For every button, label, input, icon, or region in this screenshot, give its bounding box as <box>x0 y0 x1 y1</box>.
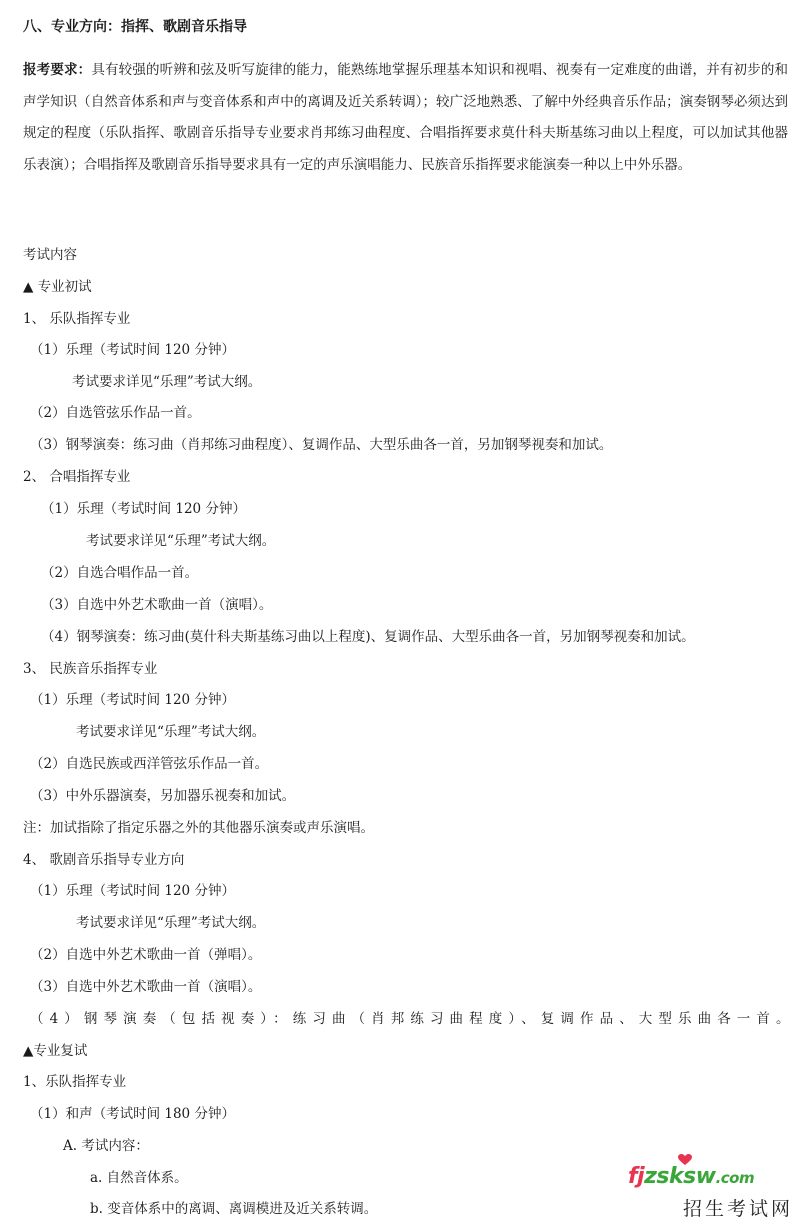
list-item: （3）中外乐器演奏，另加器乐视奏和加试。 <box>30 787 295 805</box>
sub-item: b. 变音体系中的离调、离调模进及近关系转调。 <box>90 1200 377 1218</box>
list-item: （1）和声（考试时间 180 分钟） <box>30 1105 235 1123</box>
list-item: （2）自选管弦乐作品一首。 <box>30 404 201 422</box>
list-item: （2）自选合唱作品一首。 <box>41 564 198 582</box>
list-item: 考试要求详见“乐理”考试大纲。 <box>72 373 261 391</box>
list-item: （3）自选中外艺术歌曲一首（演唱）。 <box>41 596 272 614</box>
list-item: （1）乐理（考试时间 120 分钟） <box>30 341 235 359</box>
list-item: （3）自选中外艺术歌曲一首（演唱）。 <box>30 978 261 996</box>
watermark-logo: fjzsksw.com 招生考试网 <box>628 1158 798 1224</box>
list-item: （4）钢琴演奏（包括视奏）：练习曲（肖邦练习曲程度）、复调作品、大型乐曲各一首。 <box>30 1010 796 1028</box>
list-item: （1）乐理（考试时间 120 分钟） <box>30 882 235 900</box>
list-item: （2）自选民族或西洋管弦乐作品一首。 <box>30 755 268 773</box>
watermark-subtitle: 招生考试网 <box>683 1194 793 1221</box>
section-title: 1、乐队指挥专业 <box>23 1073 126 1091</box>
list-item: （2）自选中外艺术歌曲一首（弹唱）。 <box>30 946 261 964</box>
section-title: 4、 歌剧音乐指导专业方向 <box>23 851 184 869</box>
note-text: 注：加试指除了指定乐器之外的其他器乐演奏或声乐演唱。 <box>23 819 374 837</box>
sub-heading: A. 考试内容： <box>63 1137 149 1155</box>
list-item: 考试要求详见“乐理”考试大纲。 <box>86 532 275 550</box>
requirement-paragraph: 报考要求：具有较强的听辨和弦及听写旋律的能力，能熟练地掌握乐理基本知识和视唱、视… <box>23 55 788 181</box>
list-item: （1）乐理（考试时间 120 分钟） <box>41 500 246 518</box>
retest-heading: ▲专业复试 <box>23 1042 87 1060</box>
preliminary-heading: ▲ 专业初试 <box>23 278 92 296</box>
requirement-label: 报考要求： <box>23 62 91 78</box>
section-title: 2、 合唱指挥专业 <box>23 468 130 486</box>
section-title: 1、 乐队指挥专业 <box>23 310 130 328</box>
sub-item: a. 自然音体系。 <box>90 1169 188 1187</box>
section-title: 3、 民族音乐指挥专业 <box>23 660 157 678</box>
exam-content-heading: 考试内容 <box>23 246 77 264</box>
list-item: （3）钢琴演奏：练习曲（肖邦练习曲程度）、复调作品、大型乐曲各一首，另加钢琴视奏… <box>30 436 612 454</box>
requirement-text: 具有较强的听辨和弦及听写旋律的能力，能熟练地掌握乐理基本知识和视唱、视奏有一定难… <box>23 62 788 173</box>
list-item: 考试要求详见“乐理”考试大纲。 <box>76 914 265 932</box>
watermark-domain: fjzsksw.com <box>628 1164 754 1189</box>
list-item: （4）钢琴演奏：练习曲(莫什科夫斯基练习曲以上程度)、复调作品、大型乐曲各一首，… <box>41 628 695 646</box>
page-title: 八、专业方向：指挥、歌剧音乐指导 <box>23 18 247 36</box>
list-item: （1）乐理（考试时间 120 分钟） <box>30 691 235 709</box>
list-item: 考试要求详见“乐理”考试大纲。 <box>76 723 265 741</box>
